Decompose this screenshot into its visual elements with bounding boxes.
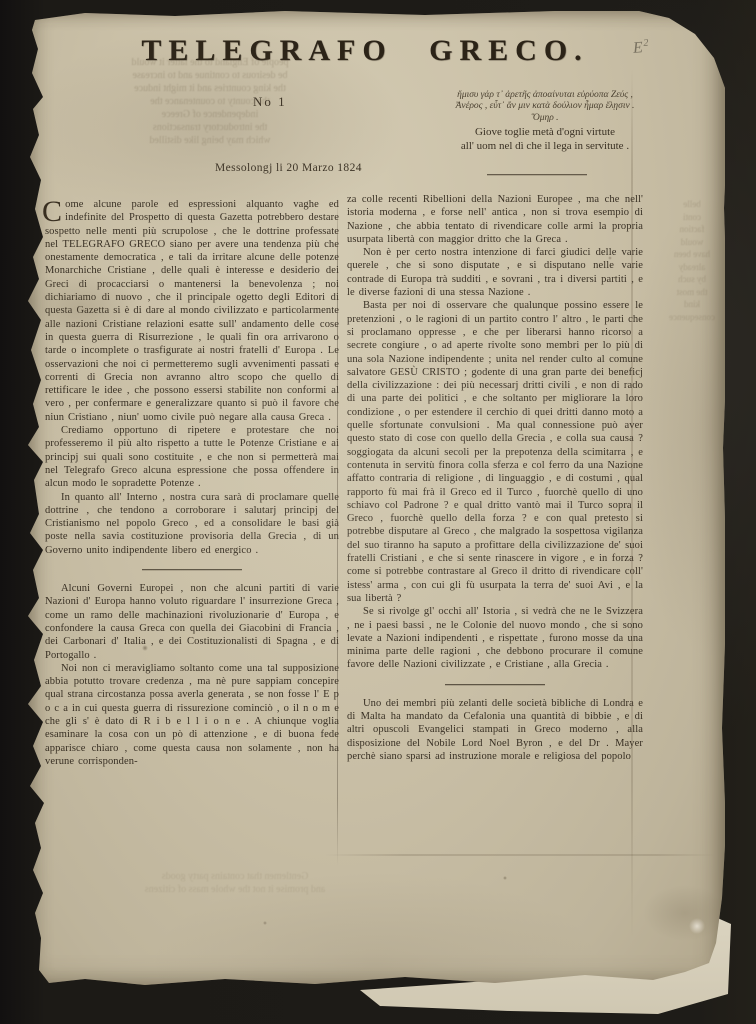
paragraph: Noi non ci meravigliamo soltanto come un…	[45, 662, 339, 768]
section-divider	[445, 684, 545, 685]
column-right: za colle recenti Ribellioni della Nazion…	[347, 193, 643, 763]
dateline: Messolongj li 20 Marzo 1824	[215, 162, 445, 174]
paragraph: Basta per noi di osservare che qualunque…	[347, 299, 643, 605]
bleedthrough-text: Gentlemen that contains party goods and …	[85, 870, 385, 896]
paragraph: Come alcune parole ed espressioni alquan…	[45, 198, 339, 424]
epigraph-greek-line2: Ἀνέρος , εὖτ᾽ ἄν μιν κατὰ δούλιον ἦμαρ ἕ…	[415, 101, 675, 112]
epigraph: ἥμισυ γάρ τ᾽ ἀρετῆς ἀποαίνυται εὐρύοπα Ζ…	[415, 90, 675, 153]
epigraph-italian-line2: all' uom nel dì che il lega in servitute…	[415, 140, 675, 154]
paragraph: za colle recenti Ribellioni della Nazion…	[347, 193, 643, 246]
masthead-title: TELEGRAFO GRECO.	[85, 34, 645, 68]
paragraph: Alcuni Governi Europei , non che alcuni …	[45, 582, 339, 662]
epigraph-greek-line1: ἥμισυ γάρ τ᾽ ἀρετῆς ἀποαίνυται εὐρύοπα Ζ…	[415, 90, 675, 101]
pencil-superscript: 2	[643, 37, 650, 48]
horizontal-fold-crease	[325, 854, 715, 856]
epigraph-italian-line1: Giove toglie metà d'ogni virtute	[415, 126, 675, 140]
paragraph: In quanto all' Interno , nostra cura sar…	[45, 491, 339, 557]
epigraph-attribution: Ὅμηρ .	[415, 113, 675, 123]
pencil-annotation: E2	[632, 37, 650, 57]
paragraph: Uno dei membri più zelanti delle società…	[347, 697, 643, 763]
paragraph-text: ome alcune parole ed espressioni alquant…	[45, 199, 339, 423]
masthead: TELEGRAFO GRECO.	[85, 34, 645, 68]
bleedthrough-text: belle conti faction would have been alre…	[661, 198, 723, 323]
bleedthrough-text: people of England to the latter it would…	[65, 56, 355, 147]
issue-number: No 1	[253, 94, 287, 110]
column-left: Come alcune parole ed espressioni alquan…	[45, 198, 339, 768]
section-divider	[142, 569, 242, 570]
column-divider-rule	[337, 198, 338, 866]
drop-cap: C	[42, 199, 62, 224]
paragraph: Se si rivolge gl' occhi all' Istoria , s…	[347, 605, 643, 671]
newspaper-page: people of England to the latter it would…	[25, 8, 725, 990]
scan-background: people of England to the latter it would…	[0, 0, 756, 1024]
paragraph: Non è per certo nostra intenzione di far…	[347, 246, 643, 299]
epigraph-rule	[487, 174, 587, 175]
paragraph: Crediamo opportuno di ripetere e protest…	[45, 424, 339, 490]
